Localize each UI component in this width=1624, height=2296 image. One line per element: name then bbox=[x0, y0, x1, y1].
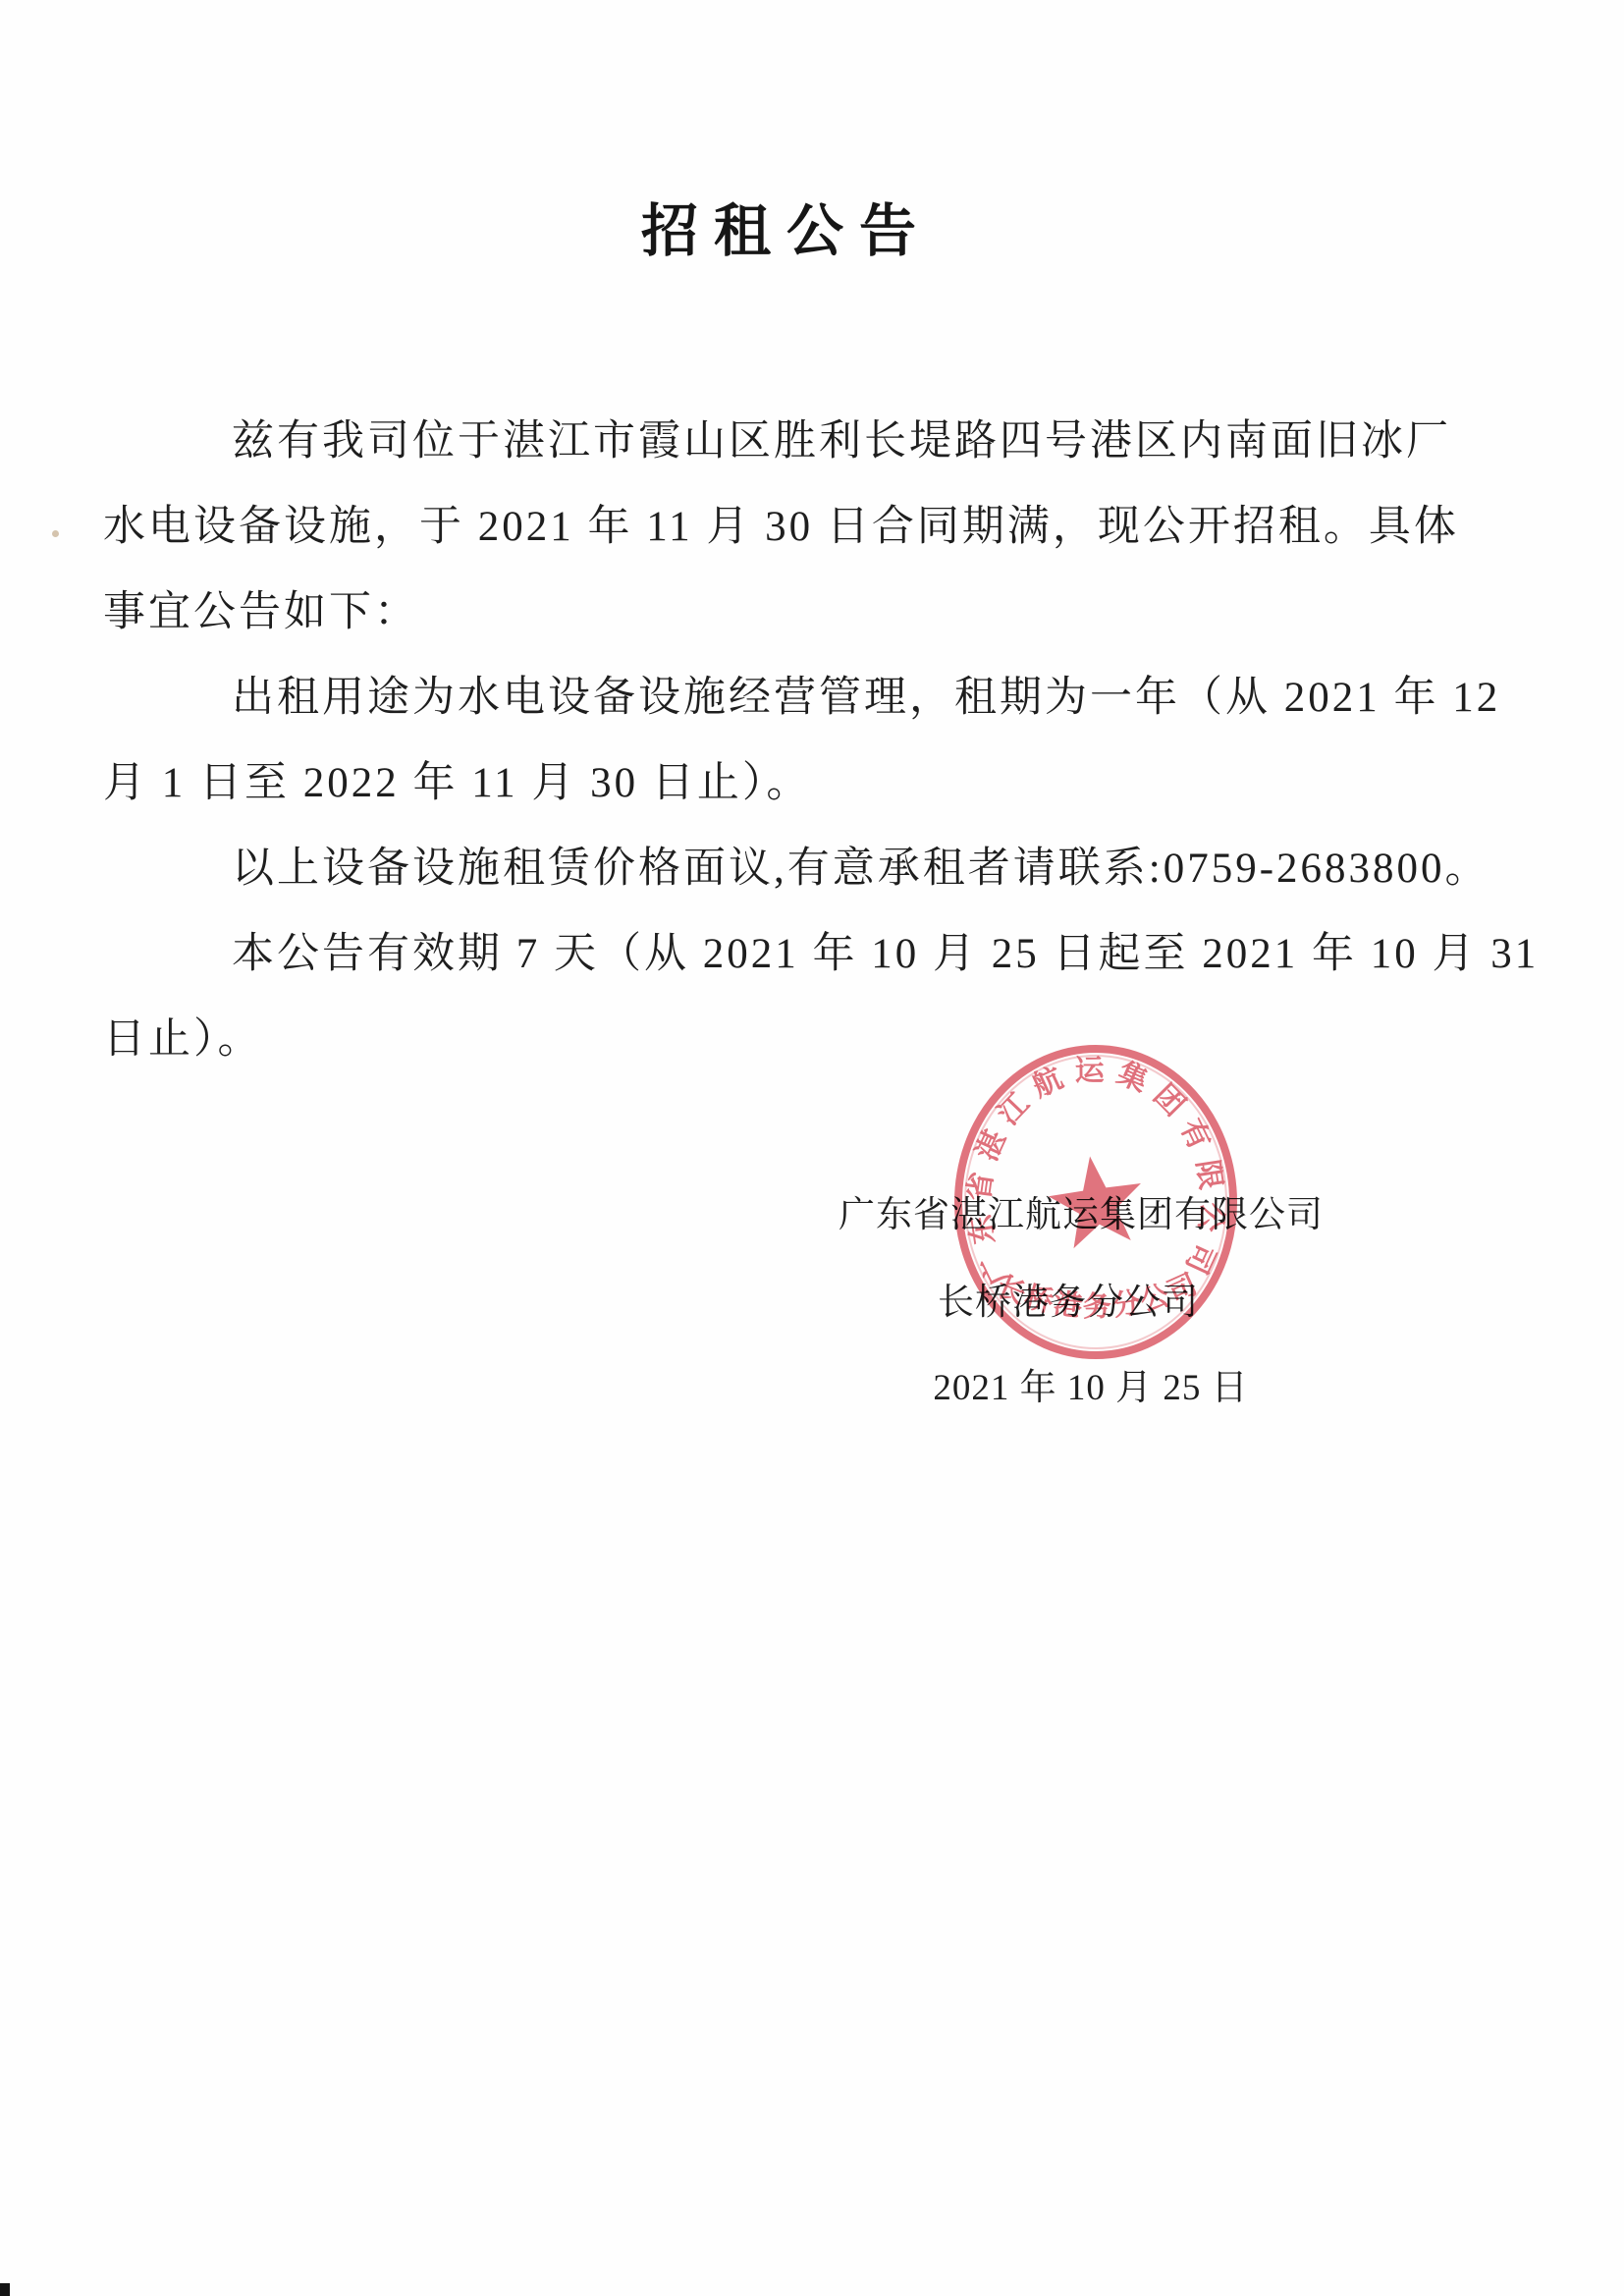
scan-artifact-corner bbox=[0, 2283, 10, 2296]
body-line: 兹有我司位于湛江市霞山区胜利长堤路四号港区内南面旧冰厂 bbox=[103, 399, 1419, 484]
body-line: 月 1 日至 2022 年 11 月 30 日止）。 bbox=[103, 740, 1419, 826]
body-line: 事宜公告如下： bbox=[103, 570, 1419, 655]
body-line: 水电设备设施，于 2021 年 11 月 30 日合同期满，现公开招租。具体 bbox=[103, 484, 1419, 570]
body-line: 以上设备设施租赁价格面议,有意承租者请联系:0759-2683800。 bbox=[103, 826, 1419, 911]
document-body: 兹有我司位于湛江市霞山区胜利长堤路四号港区内南面旧冰厂 水电设备设施，于 202… bbox=[103, 399, 1419, 1082]
company-seal: 广东省湛江航运集团有限公司 长桥港务分公司 bbox=[952, 1043, 1239, 1361]
star-icon bbox=[1044, 1150, 1149, 1251]
body-line: 出租用途为水电设备设施经营管理，租期为一年（从 2021 年 12 bbox=[103, 655, 1419, 740]
document-page: 招租公告 兹有我司位于湛江市霞山区胜利长堤路四号港区内南面旧冰厂 水电设备设施，… bbox=[0, 0, 1624, 2296]
seal-bottom-text: 长桥港务分公司 bbox=[992, 1267, 1204, 1323]
signature-date: 2021 年 10 月 25 日 bbox=[933, 1357, 1248, 1410]
document-title: 招租公告 bbox=[0, 185, 1598, 267]
scan-artifact-speck bbox=[52, 530, 59, 537]
body-line: 本公告有效期 7 天（从 2021 年 10 月 25 日起至 2021 年 1… bbox=[103, 911, 1419, 997]
